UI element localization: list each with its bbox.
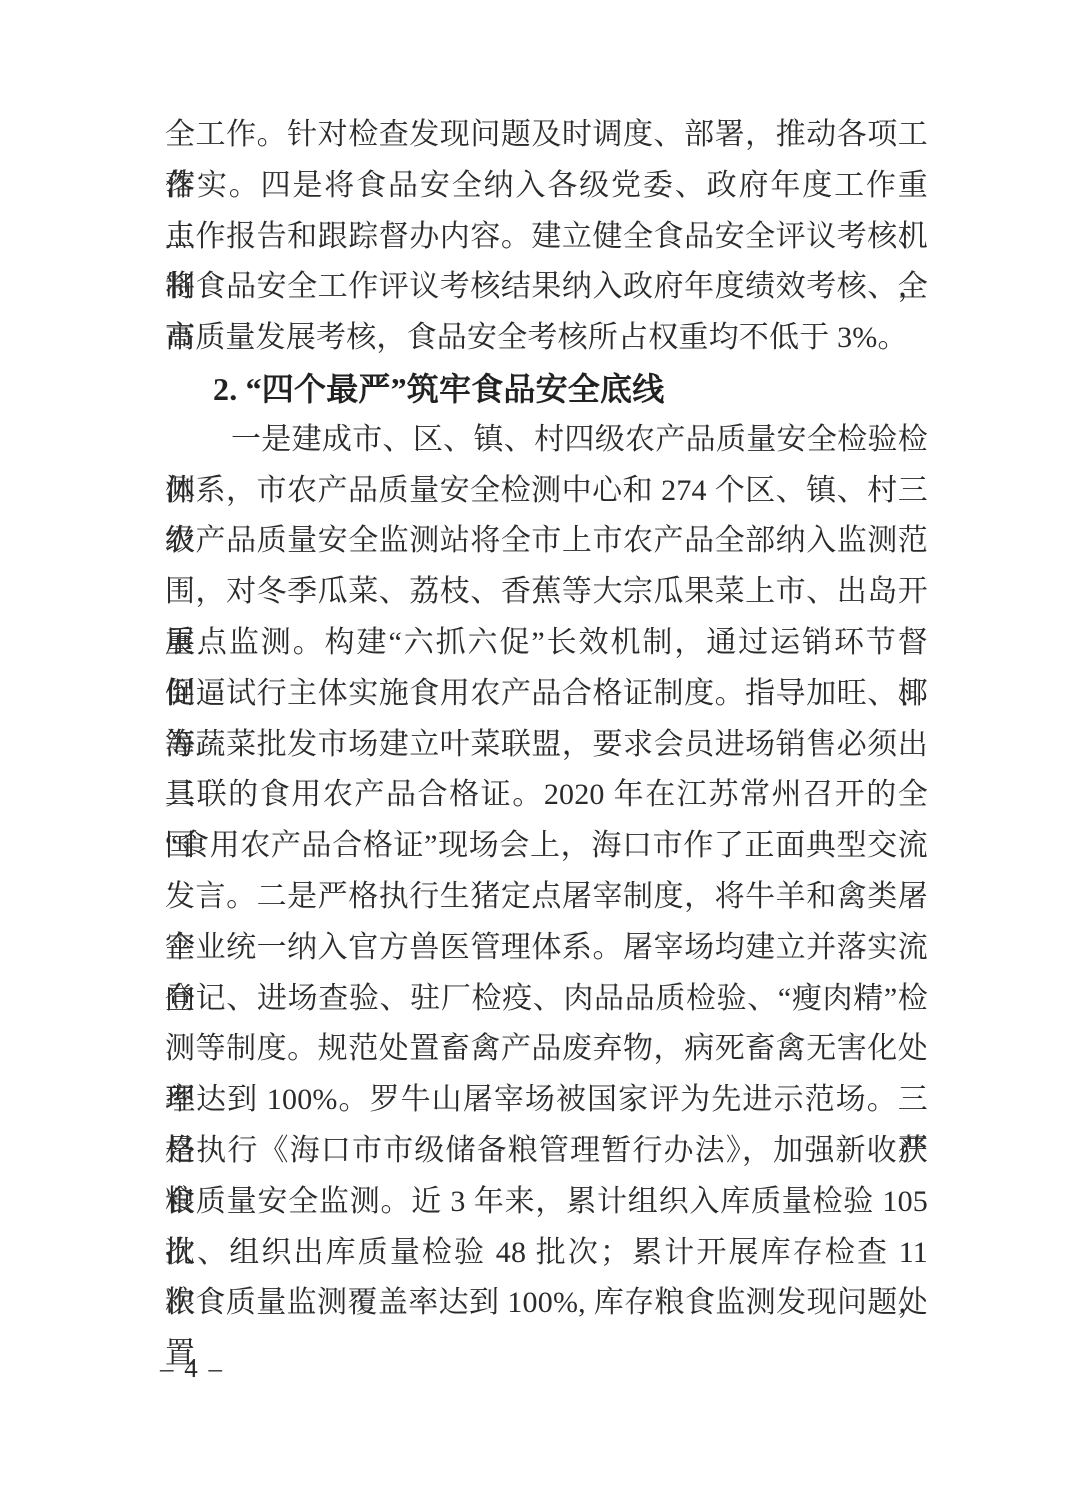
text-line: 全工作。针对检查发现问题及时调度、部署，推动各项工作 — [165, 110, 928, 161]
text-line: 粮食质量监测覆盖率达到 100%, 库存粮食监测发现问题处置 — [165, 1278, 928, 1329]
text-line: 落实。四是将食品安全纳入各级党委、政府年度工作重点、 — [165, 161, 928, 212]
text-line: 次、组织出库质量检验 48 批次；累计开展库存检查 11 次， — [165, 1228, 928, 1279]
section-heading: 2. “四个最严”筑牢食品安全底线 — [165, 364, 928, 415]
text-line: 登记、进场查验、驻厂检疫、肉品品质检验、“瘦肉精”检 — [165, 974, 928, 1025]
text-line: 食质量安全监测。近 3 年来，累计组织入库质量检验 105 批 — [165, 1177, 928, 1228]
text-line: 围，对冬季瓜菜、荔枝、香蕉等大宗瓜果菜上市、出岛开展 — [165, 567, 928, 618]
text-line: 三联的食用农产品合格证。2020 年在江苏常州召开的全国 — [165, 770, 928, 821]
text-line: 格执行《海口市市级储备粮管理暂行办法》，加强新收获粮 — [165, 1126, 928, 1177]
text-line: 发言。二是严格执行生猪定点屠宰制度，将牛羊和禽类屠宰 — [165, 872, 928, 923]
text-line: 倒逼试行主体实施食用农产品合格证制度。指导加旺、椰海 — [165, 669, 928, 720]
text-line: 率达到 100%。罗牛山屠宰场被国家评为先进示范场。三是严 — [165, 1075, 928, 1126]
text-line: 工作报告和跟踪督办内容。建立健全食品安全评议考核机制， — [165, 212, 928, 263]
text-line: 重点监测。构建“六抓六促”长效机制，通过运销环节督促、 — [165, 618, 928, 669]
text-line: 一是建成市、区、镇、村四级农产品质量安全检验检测 — [165, 415, 928, 466]
text-line: 将食品安全工作评议考核结果纳入政府年度绩效考核、全市 — [165, 262, 928, 313]
text-block: 全工作。针对检查发现问题及时调度、部署，推动各项工作落实。四是将食品安全纳入各级… — [165, 110, 928, 1329]
document-page: 全工作。针对检查发现问题及时调度、部署，推动各项工作落实。四是将食品安全纳入各级… — [0, 0, 1080, 1495]
text-line: 企业统一纳入官方兽医管理体系。屠宰场均建立并落实流向 — [165, 923, 928, 974]
text-line: “食用农产品合格证”现场会上，海口市作了正面典型交流 — [165, 821, 928, 872]
page-number: – 4 – — [160, 1352, 224, 1384]
text-line: 等蔬菜批发市场建立叶菜联盟，要求会员进场销售必须出具 — [165, 720, 928, 771]
text-line: 高质量发展考核，食品安全考核所占权重均不低于 3%。 — [165, 313, 928, 364]
text-line: 体系，市农产品质量安全检测中心和 274 个区、镇、村三级 — [165, 466, 928, 517]
text-line: 农产品质量安全监测站将全市上市农产品全部纳入监测范 — [165, 516, 928, 567]
text-line: 测等制度。规范处置畜禽产品废弃物，病死畜禽无害化处理 — [165, 1024, 928, 1075]
